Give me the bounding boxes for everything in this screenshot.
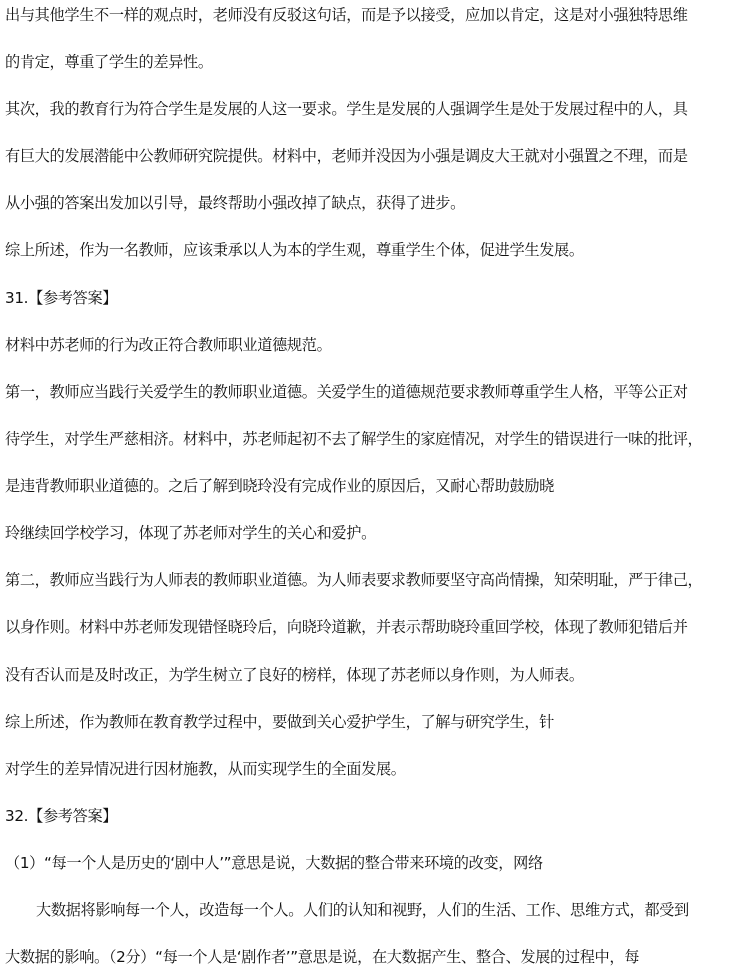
text-line: 综上所述，作为教师在教育教学过程中，要做到关心爱护学生，了解与研究学生，针 xyxy=(5,712,554,732)
text-line: 第一，教师应当践行关爱学生的教师职业道德。关爱学生的道德规范要求教师尊重学生人格… xyxy=(5,382,688,402)
text-line-indented: 大数据将影响每一个人，改造每一个人。人们的认知和视野，人们的生活、工作、思维方式… xyxy=(36,900,689,920)
text-line: 是违背教师职业道德的。之后了解到晓玲没有完成作业的原因后，又耐心帮助鼓励晓 xyxy=(5,476,554,496)
text-line: 大数据的影响。（2分）“每一个人是‘剧作者’”意思是说，在大数据产生、整合、发展… xyxy=(5,947,639,967)
text-line: 对学生的差异情况进行因材施教，从而实现学生的全面发展。 xyxy=(5,759,406,779)
text-line: 材料中苏老师的行为改正符合教师职业道德规范。 xyxy=(5,335,331,355)
text-line: 玲继续回学校学习，体现了苏老师对学生的关心和爱护。 xyxy=(5,523,376,543)
text-line: 综上所述，作为一名教师，应该秉承以人为本的学生观，尊重学生个体，促进学生发展。 xyxy=(5,240,584,260)
text-line: 其次，我的教育行为符合学生是发展的人这一要求。学生是发展的人强调学生是处于发展过… xyxy=(5,99,688,119)
text-line: 从小强的答案出发加以引导，最终帮助小强改掉了缺点，获得了进步。 xyxy=(5,193,465,213)
text-line: 的肯定，尊重了学生的差异性。 xyxy=(5,52,213,72)
text-line: 第二，教师应当践行为人师表的教师职业道德。为人师表要求教师要坚守高尚情操，知荣明… xyxy=(5,570,702,590)
text-line: 出与其他学生不一样的观点时，老师没有反驳这句话，而是予以接受，应加以肯定，这是对… xyxy=(5,5,688,25)
text-line: 待学生，对学生严慈相济。材料中，苏老师起初不去了解学生的家庭情况，对学生的错误进… xyxy=(5,429,702,449)
question-heading-31: 31.【参考答案】 xyxy=(5,288,117,308)
text-line: （1）“每一个人是历史的‘剧中人’”意思是说，大数据的整合带来环境的改变，网络 xyxy=(5,853,543,873)
text-line: 有巨大的发展潜能中公教师研究院提供。材料中，老师并没因为小强是调皮大王就对小强置… xyxy=(5,146,688,166)
text-line: 以身作则。材料中苏老师发现错怪晓玲后，向晓玲道歉，并表示帮助晓玲重回学校，体现了… xyxy=(5,617,688,637)
text-line: 没有否认而是及时改正，为学生树立了良好的榜样，体现了苏老师以身作则，为人师表。 xyxy=(5,665,584,685)
question-heading-32: 32.【参考答案】 xyxy=(5,806,117,826)
